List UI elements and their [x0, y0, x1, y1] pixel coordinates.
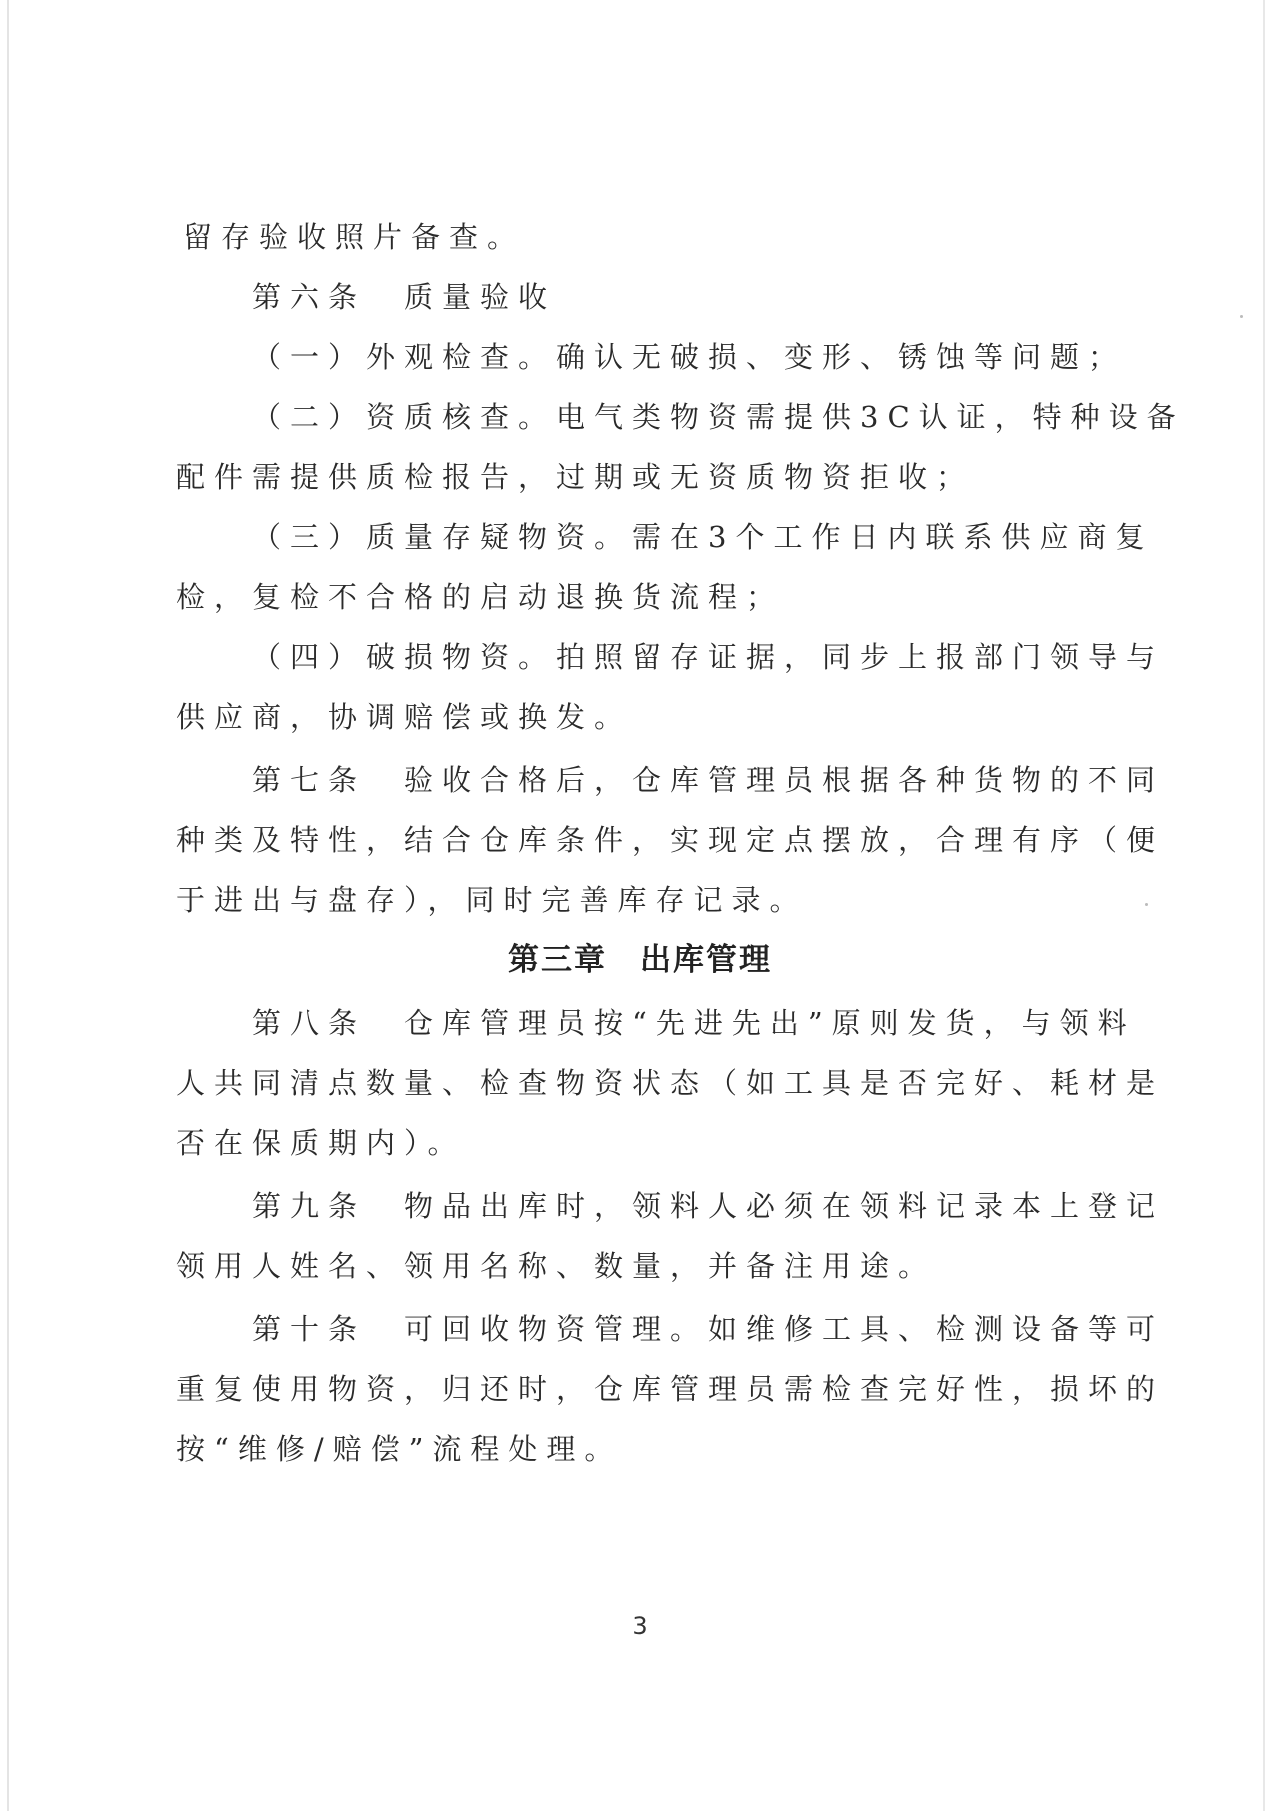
article-7-line: 第七条 验收合格后，仓库管理员根据各种货物的不同 [252, 760, 1164, 800]
paragraph-line: 于进出与盘存），同时完善库存记录。 [176, 880, 808, 920]
paragraph-line: （三）质量存疑物资。需在3个工作日内联系供应商复 [252, 517, 1153, 557]
chapter-heading: 第三章 出库管理 [0, 938, 1280, 982]
page-number: 3 [0, 1612, 1280, 1640]
paragraph-line: 配件需提供质检报告，过期或无资质物资拒收； [176, 457, 974, 497]
paragraph-line: 按“维修/赔偿”流程处理。 [176, 1429, 622, 1469]
article-9-line: 第九条 物品出库时，领料人必须在领料记录本上登记 [252, 1186, 1164, 1226]
paragraph-line: 留存验收照片备查。 [183, 217, 525, 257]
scan-speck [1145, 903, 1148, 906]
paragraph-line: 供应商，协调赔偿或换发。 [176, 697, 632, 737]
paragraph-line: （二）资质核查。电气类物资需提供3C认证，特种设备 [252, 397, 1185, 437]
page-edge-right [1263, 0, 1265, 1811]
article-6-title: 第六条 质量验收 [252, 277, 556, 317]
paragraph-line: 种类及特性，结合仓库条件，实现定点摆放，合理有序（便 [176, 820, 1164, 860]
paragraph-line: 否在保质期内）。 [176, 1123, 466, 1163]
paragraph-line: 领用人姓名、领用名称、数量，并备注用途。 [176, 1246, 936, 1286]
paragraph-line: 人共同清点数量、检查物资状态（如工具是否完好、耗材是 [176, 1063, 1164, 1103]
article-10-line: 第十条 可回收物资管理。如维修工具、检测设备等可 [252, 1309, 1164, 1349]
paragraph-line: （四）破损物资。拍照留存证据，同步上报部门领导与 [252, 637, 1164, 677]
scan-speck [1240, 315, 1243, 318]
article-8-line: 第八条 仓库管理员按“先进先出”原则发货，与领料 [252, 1003, 1136, 1043]
paragraph-line: 检，复检不合格的启动退换货流程； [176, 577, 784, 617]
paragraph-line: （一）外观检查。确认无破损、变形、锈蚀等问题； [252, 337, 1126, 377]
paragraph-line: 重复使用物资，归还时，仓库管理员需检查完好性，损坏的 [176, 1369, 1164, 1409]
page-edge-left [7, 0, 9, 1811]
